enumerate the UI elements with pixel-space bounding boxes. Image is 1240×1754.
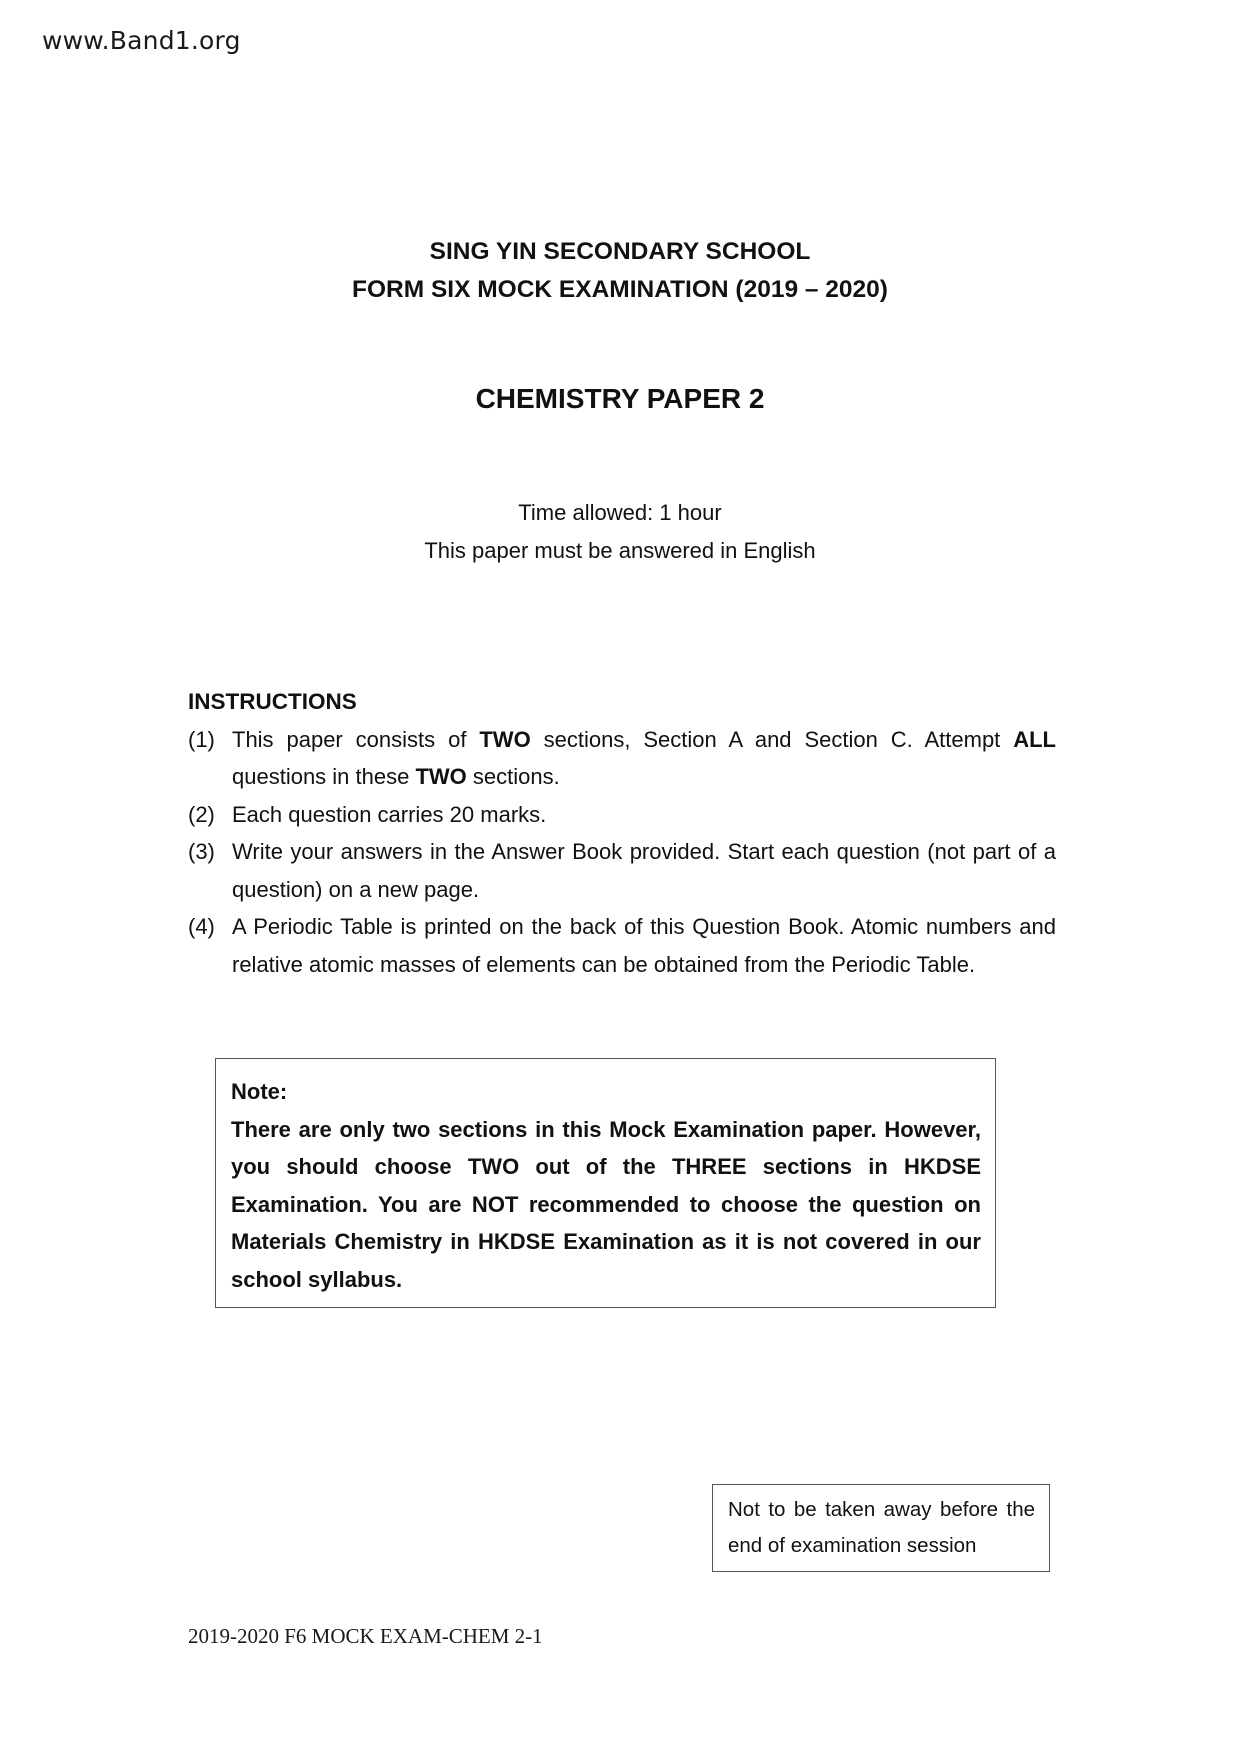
instruction-text: This paper consists of TWO sections, Sec… xyxy=(232,721,1056,796)
instruction-number: (2) xyxy=(188,796,232,834)
page-footer: 2019-2020 F6 MOCK EXAM-CHEM 2-1 xyxy=(188,1624,543,1649)
emphasis-text: TWO xyxy=(479,727,530,752)
instruction-number: (4) xyxy=(188,908,232,983)
emphasis-text: TWO xyxy=(415,764,466,789)
emphasis-text: ALL xyxy=(1013,727,1056,752)
instruction-text-run: Each question carries 20 marks. xyxy=(232,802,546,827)
instruction-text: A Periodic Table is printed on the back … xyxy=(232,908,1056,983)
instruction-item: (2)Each question carries 20 marks. xyxy=(188,796,1056,834)
note-box: Note: There are only two sections in thi… xyxy=(215,1058,996,1308)
instruction-text: Each question carries 20 marks. xyxy=(232,796,1056,834)
instructions-section: INSTRUCTIONS (1)This paper consists of T… xyxy=(188,683,1056,983)
exam-header: SING YIN SECONDARY SCHOOL FORM SIX MOCK … xyxy=(0,233,1240,309)
instruction-text-run: questions in these xyxy=(232,764,415,789)
instruction-text-run: Write your answers in the Answer Book pr… xyxy=(232,839,1056,902)
instruction-text-run: This paper consists of xyxy=(232,727,479,752)
instruction-number: (3) xyxy=(188,833,232,908)
instruction-item: (1)This paper consists of TWO sections, … xyxy=(188,721,1056,796)
note-label: Note: xyxy=(231,1073,981,1111)
keep-notice-text: Not to be taken away before the end of e… xyxy=(728,1498,1035,1557)
instruction-text-run: A Periodic Table is printed on the back … xyxy=(232,914,1056,977)
language-note: This paper must be answered in English xyxy=(0,532,1240,570)
exam-name: FORM SIX MOCK EXAMINATION (2019 – 2020) xyxy=(0,271,1240,309)
watermark: www.Band1.org xyxy=(42,26,241,55)
instructions-heading: INSTRUCTIONS xyxy=(188,683,1056,721)
instruction-text-run: sections. xyxy=(467,764,560,789)
paper-title: CHEMISTRY PAPER 2 xyxy=(0,380,1240,418)
instruction-text-run: sections, Section A and Section C. Attem… xyxy=(531,727,1014,752)
instruction-text: Write your answers in the Answer Book pr… xyxy=(232,833,1056,908)
instruction-item: (3)Write your answers in the Answer Book… xyxy=(188,833,1056,908)
instructions-list: (1)This paper consists of TWO sections, … xyxy=(188,721,1056,984)
exam-info: Time allowed: 1 hour This paper must be … xyxy=(0,494,1240,570)
keep-notice-box: Not to be taken away before the end of e… xyxy=(712,1484,1050,1572)
note-body: There are only two sections in this Mock… xyxy=(231,1111,981,1299)
school-name: SING YIN SECONDARY SCHOOL xyxy=(0,233,1240,271)
instruction-item: (4)A Periodic Table is printed on the ba… xyxy=(188,908,1056,983)
time-allowed: Time allowed: 1 hour xyxy=(0,494,1240,532)
instruction-number: (1) xyxy=(188,721,232,796)
